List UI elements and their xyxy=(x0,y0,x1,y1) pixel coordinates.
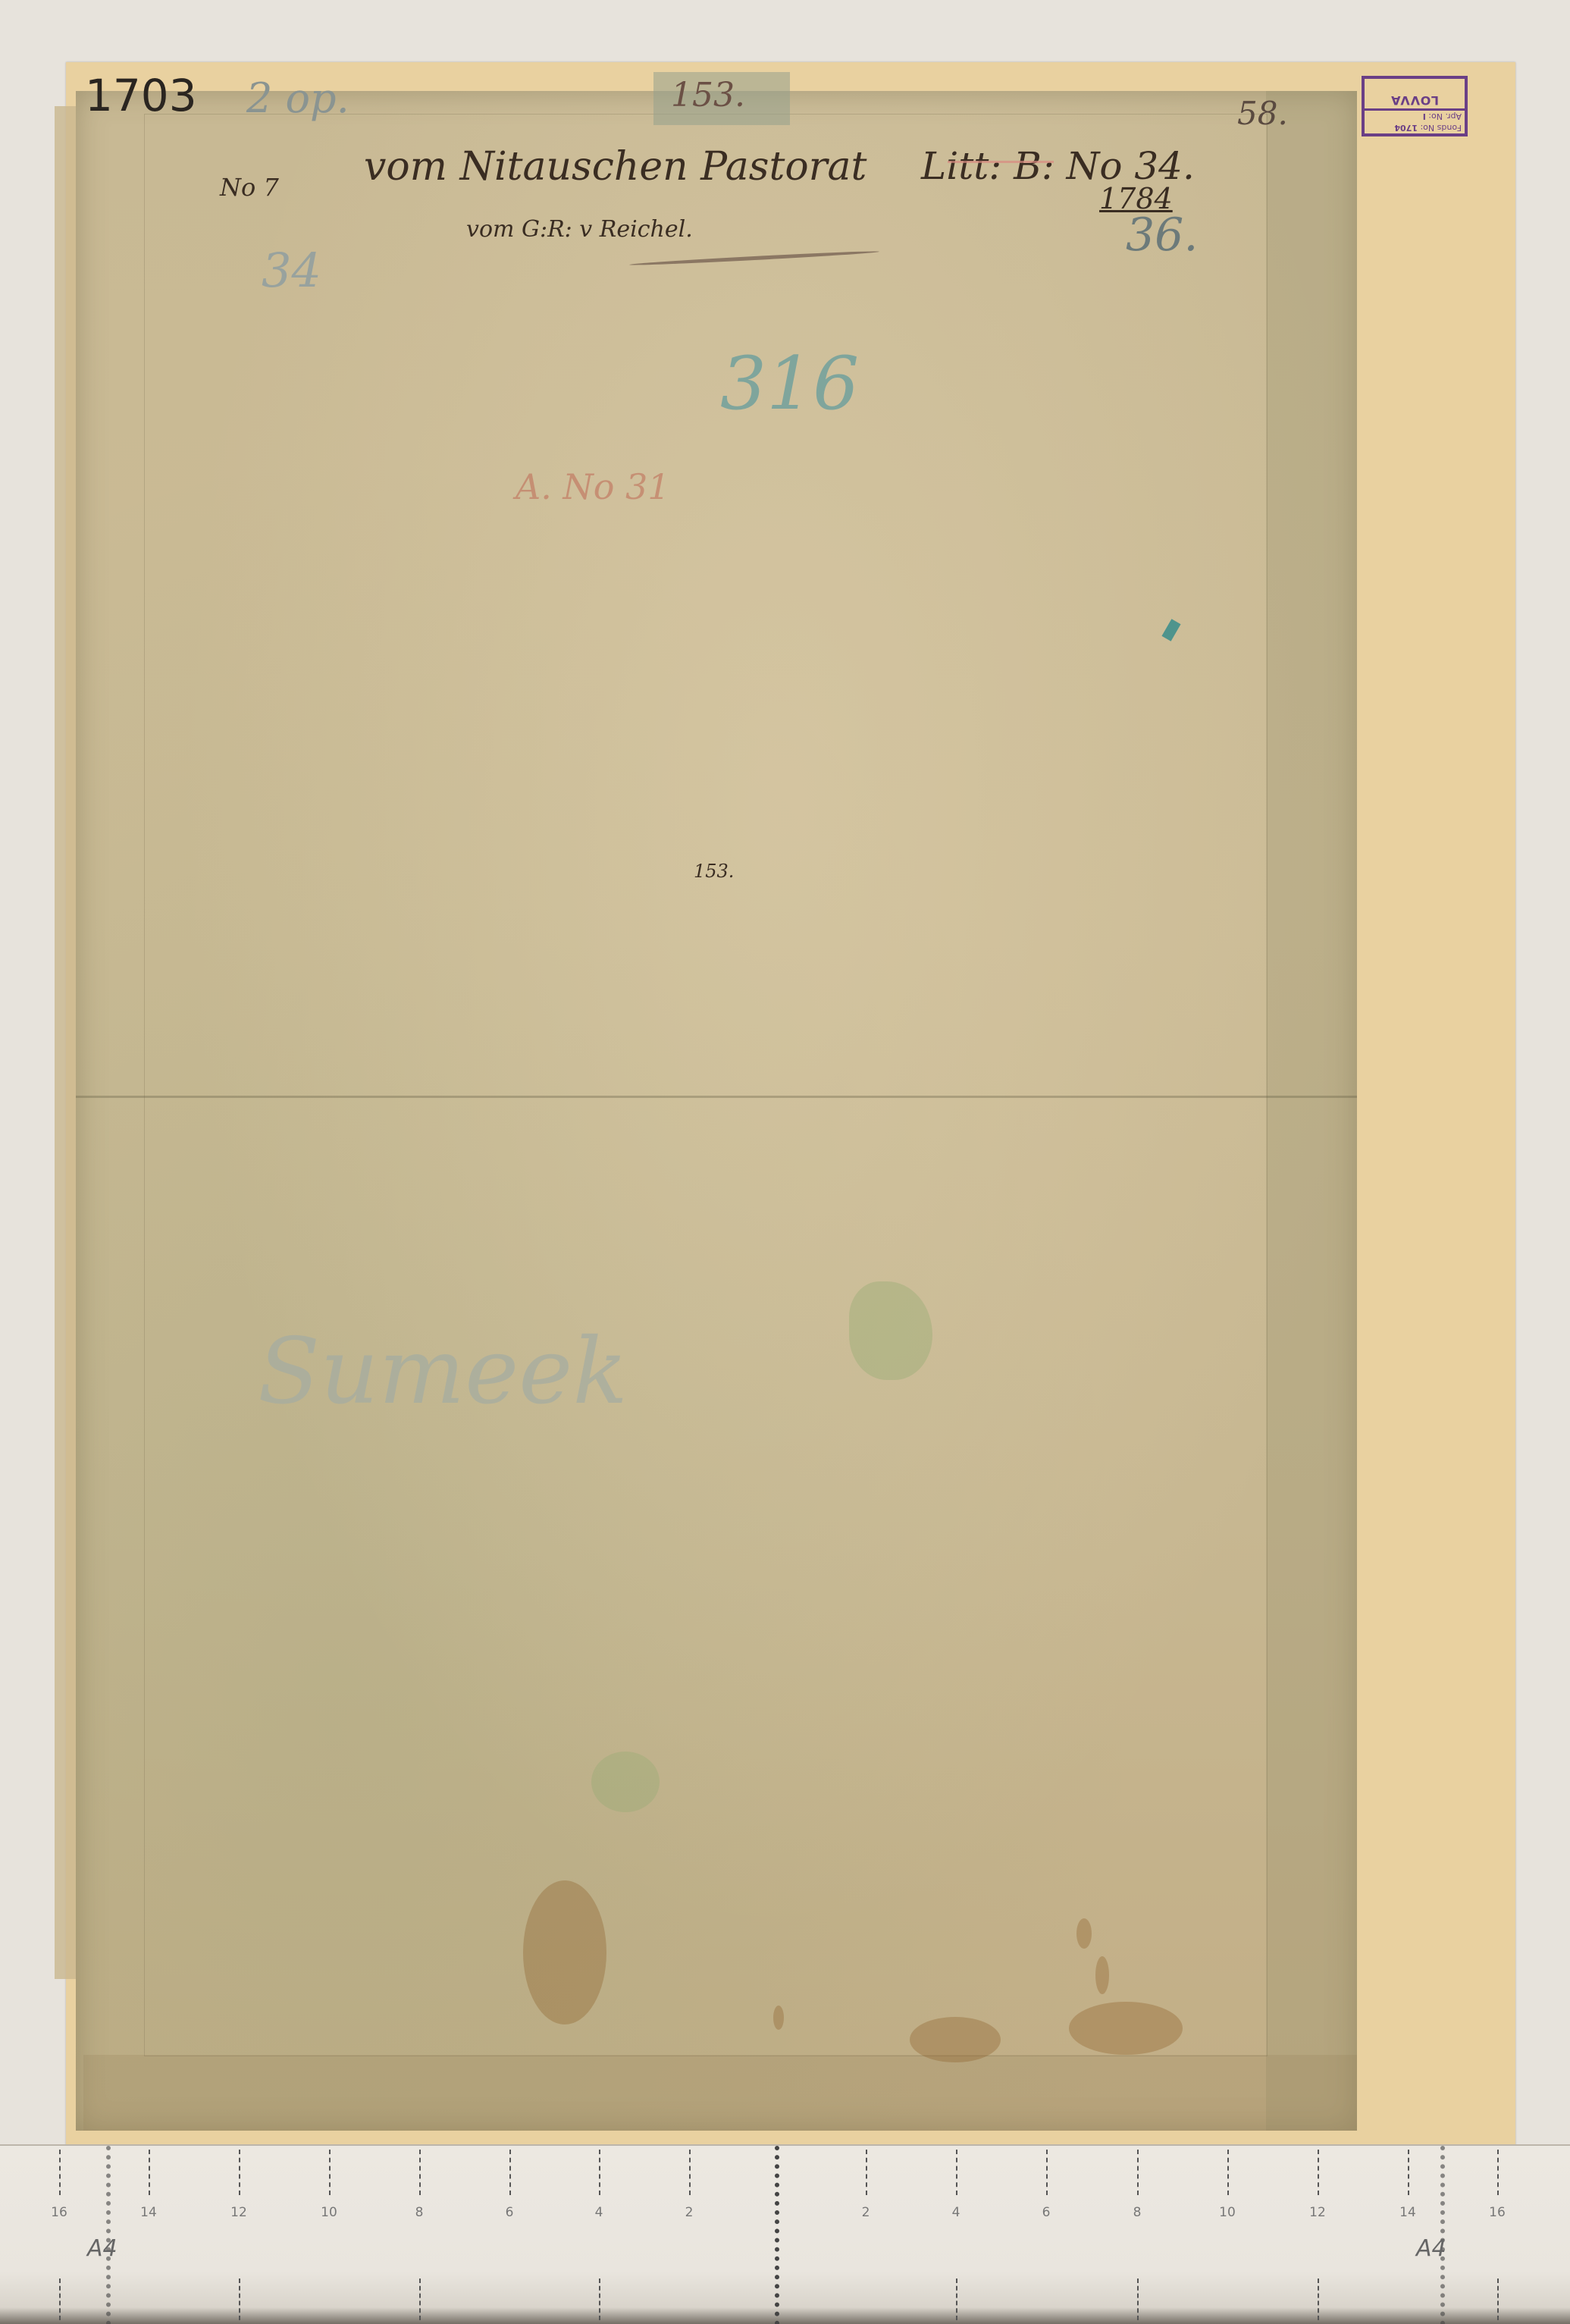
ruler-label: 6 xyxy=(506,2205,514,2220)
sub-number: 36. xyxy=(1126,209,1198,262)
ruler-tick-bottom xyxy=(1497,2279,1500,2320)
ruler-tick xyxy=(1137,2150,1140,2195)
red-ink-note: A. No 31 xyxy=(515,466,670,507)
ruler-tick xyxy=(599,2150,602,2195)
ruler-tick-bottom xyxy=(956,2279,959,2320)
faint-pencil-word: Sumeek xyxy=(258,1319,628,1425)
ink-stain xyxy=(773,2006,784,2030)
archive-stamp: Fonds No: 1704 Apr. No: I LOVVA xyxy=(1362,76,1468,136)
ruler-tick xyxy=(419,2150,422,2195)
author-line: vom G:R: v Reichel. xyxy=(466,216,693,243)
ruler-label: 12 xyxy=(230,2205,247,2220)
ruler-tick xyxy=(329,2150,332,2195)
top-right-number: 58. xyxy=(1237,95,1288,132)
ruler-tick-bottom xyxy=(599,2279,602,2320)
ruler-tick xyxy=(239,2150,242,2195)
ruler-label: 6 xyxy=(1042,2205,1051,2220)
ruler-tick xyxy=(956,2150,959,2195)
green-wash-spot xyxy=(591,1752,660,1812)
ruler-a4-label-left: A4 xyxy=(87,2235,118,2262)
ruler-label: 4 xyxy=(952,2205,960,2220)
ruler-label: 8 xyxy=(1133,2205,1142,2220)
ruler-label: 8 xyxy=(415,2205,424,2220)
tape-number: 153. xyxy=(671,76,745,114)
ink-stain xyxy=(523,1880,606,2024)
ruler-label: 14 xyxy=(140,2205,157,2220)
sheet-bottom-margin xyxy=(83,2055,1357,2131)
pencil-op-note: 2 op. xyxy=(246,74,349,122)
ruler-tick-bottom xyxy=(419,2279,422,2320)
ruler-tick xyxy=(509,2150,512,2195)
stamp-apr-value: I xyxy=(1423,111,1426,121)
archive-number: 1703 xyxy=(85,70,197,121)
center-page-number: 153. xyxy=(694,861,734,882)
title-line: vom Nitauschen Pastorat xyxy=(364,144,866,190)
ruler-tick xyxy=(1497,2150,1500,2195)
ruler-label: 4 xyxy=(595,2205,603,2220)
ruler-tick xyxy=(866,2150,869,2195)
ruler-tick xyxy=(1046,2150,1049,2195)
stamp-org: LOVVA xyxy=(1365,93,1465,111)
stamp-fonds-value: 1704 xyxy=(1394,123,1418,133)
stamp-apr-row: Apr. No: I xyxy=(1365,111,1465,122)
ruler-tick xyxy=(149,2150,152,2195)
ruler-label: 2 xyxy=(685,2205,694,2220)
ruler-tick-bottom xyxy=(1318,2279,1321,2320)
ruler-label: 2 xyxy=(862,2205,870,2220)
sheet-right-margin xyxy=(1266,91,1357,2131)
ruler-label: 10 xyxy=(1219,2205,1236,2220)
ink-stain xyxy=(1095,1956,1109,1994)
stamp-fonds-row: Fonds No: 1704 xyxy=(1365,122,1465,133)
ruler-tick xyxy=(59,2150,62,2195)
ruler-tick-bottom xyxy=(1137,2279,1140,2320)
ink-stain xyxy=(1069,2002,1183,2055)
ruler-label: 12 xyxy=(1309,2205,1326,2220)
ruler-label: 16 xyxy=(51,2205,67,2220)
stamp-fonds-label: Fonds No: xyxy=(1420,123,1462,133)
ruler-tick xyxy=(1227,2150,1230,2195)
ruler-a4-label-right: A4 xyxy=(1416,2235,1446,2262)
ruler-tick xyxy=(1318,2150,1321,2195)
stamp-apr-label: Apr. No: xyxy=(1428,111,1462,121)
green-pencil-number: 316 xyxy=(720,341,859,426)
pencil-34: 34 xyxy=(262,243,321,298)
measurement-ruler: 16 14 12 10 8 6 4 2 2 4 6 8 10 12 14 16 … xyxy=(0,2144,1570,2324)
ink-stain xyxy=(910,2017,1001,2062)
red-underline xyxy=(948,161,1054,163)
ink-stain xyxy=(1076,1918,1092,1949)
ruler-label: 14 xyxy=(1399,2205,1416,2220)
horizontal-fold-line xyxy=(76,1096,1357,1098)
ruler-tick xyxy=(1408,2150,1411,2195)
ruler-tick-bottom xyxy=(239,2279,242,2320)
ruler-label: 16 xyxy=(1489,2205,1506,2220)
ruler-label: 10 xyxy=(321,2205,337,2220)
ruler-tick xyxy=(689,2150,692,2195)
ruler-tick-bottom xyxy=(59,2279,62,2320)
sheet-number: No 7 xyxy=(220,173,279,202)
sheet-inner-border xyxy=(144,114,1268,2056)
ruler-center-marker xyxy=(775,2146,785,2324)
